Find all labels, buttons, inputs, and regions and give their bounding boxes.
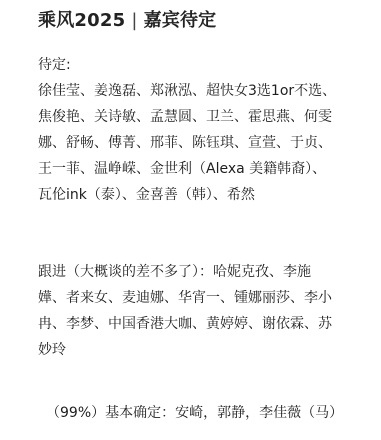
confirmed-guest-list: （99%）基本确定：安崎，郭静，李佳薇（马）: [46, 400, 343, 426]
pending-line: 瓦伦ink（泰）、金喜善（韩）、希然: [38, 182, 338, 208]
pending-line: 王一菲、温峥嵘、金世利（Alexa 美籍韩裔）、: [38, 156, 338, 182]
pending-guest-list: 徐佳莹、姜逸磊、郑湫泓、超快女3选1or不选、 焦俊艳、关诗敏、孟慧圆、卫兰、霍…: [38, 78, 338, 208]
followup-line: 嬅、者来女、麦迪娜、华宵一、锺娜丽莎、李小: [38, 285, 338, 311]
pending-heading-text: 待定:: [38, 52, 338, 78]
followup-line: 妙玲: [38, 337, 338, 363]
pending-line: 焦俊艳、关诗敏、孟慧圆、卫兰、霍思燕、何雯: [38, 104, 338, 130]
pending-line: 徐佳莹、姜逸磊、郑湫泓、超快女3选1or不选、: [38, 78, 338, 104]
page-title: 乘风2025|嘉宾待定: [38, 6, 216, 32]
pending-section-heading: 待定:: [38, 52, 338, 78]
followup-guest-list: 跟进（大概谈的差不多了）：哈妮克孜、李施 嬅、者来女、麦迪娜、华宵一、锺娜丽莎、…: [38, 259, 338, 363]
followup-line: 冉、李梦、中国香港大咖、黄婷婷、谢依霖、苏: [38, 311, 338, 337]
show-name: 乘风2025: [38, 10, 125, 31]
title-separator: |: [131, 10, 137, 31]
pending-line: 娜、舒畅、傅菁、邢菲、陈钰琪、宣萱、于贞、: [38, 130, 338, 156]
confirmed-text: （99%）基本确定：安崎，郭静，李佳薇（马）: [46, 405, 343, 421]
title-subtitle: 嘉宾待定: [144, 10, 217, 31]
followup-line: 跟进（大概谈的差不多了）：哈妮克孜、李施: [38, 259, 338, 285]
